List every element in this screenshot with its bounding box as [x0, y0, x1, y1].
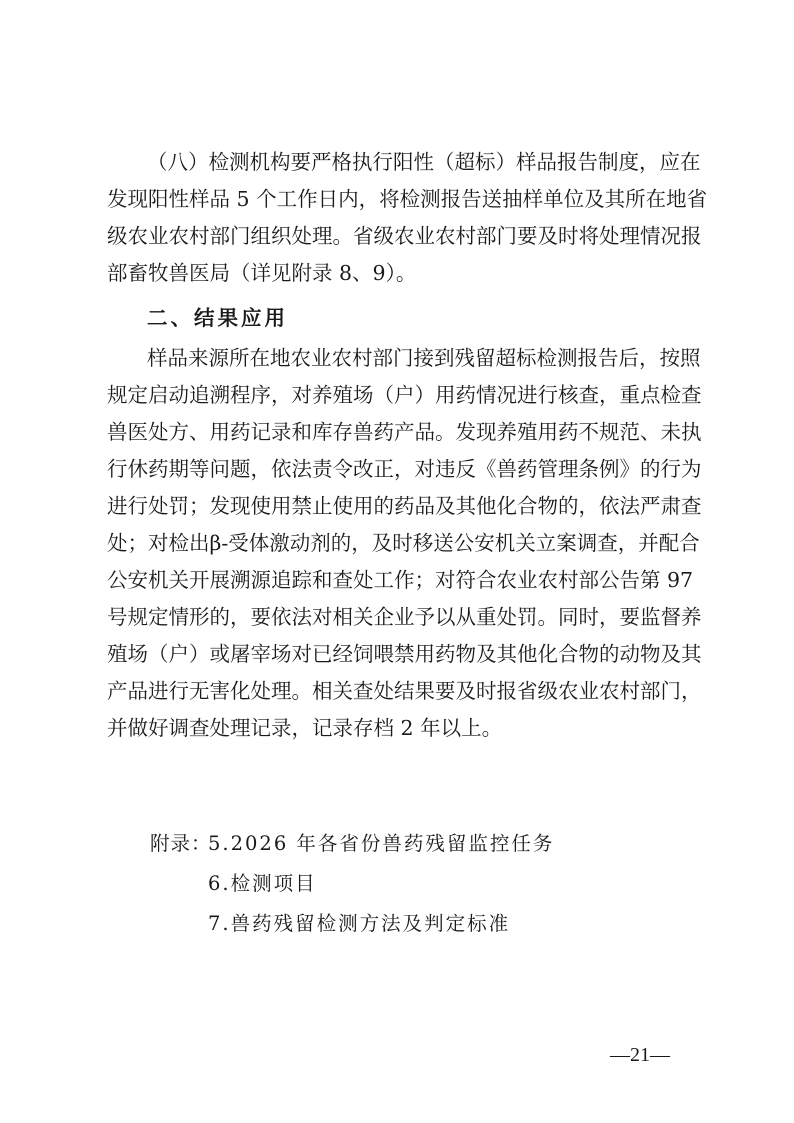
appendix-item-5: 5.2026 年各省份兽药残留监控任务: [208, 831, 554, 857]
section-8-line-1: （八）检测机构要严格执行阳性（超标）样品报告制度，应在: [147, 149, 683, 175]
section-2-line-5: 进行处罚；发现使用禁止使用的药品及其他化合物的，依法严肃查: [107, 493, 683, 519]
document-page: （八）检测机构要严格执行阳性（超标）样品报告制度，应在 发现阳性样品 5 个工作…: [0, 0, 794, 1123]
section-8-line-3: 级农业农村部门组织处理。省级农业农村部门要及时将处理情况报: [107, 223, 683, 249]
section-2-line-1: 样品来源所在地农业农村部门接到残留超标检测报告后，按照: [147, 345, 683, 371]
page-number: —21—: [610, 1043, 670, 1067]
section-8-line-4: 部畜牧兽医局（详见附录 8、9）。: [107, 260, 683, 286]
section-2-line-4: 行休药期等问题，依法责令改正，对违反《兽药管理条例》的行为: [107, 456, 683, 482]
section-2-line-9: 殖场（户）或屠宰场对已经饲喂禁用药物及其他化合物的动物及其: [107, 641, 683, 667]
appendix-label: 附录：: [150, 831, 212, 857]
appendix-item-7: 7.兽药残留检测方法及判定标准: [208, 911, 510, 937]
section-2-line-3: 兽医处方、用药记录和库存兽药产品。发现养殖用药不规范、未执: [107, 419, 683, 445]
section-2-line-2: 规定启动追溯程序，对养殖场（户）用药情况进行核查，重点检查: [107, 382, 683, 408]
section-2-line-7: 公安机关开展溯源追踪和查处工作；对符合农业农村部公告第 97: [107, 567, 683, 593]
appendix-item-6: 6.检测项目: [208, 871, 317, 897]
section-8-line-2: 发现阳性样品 5 个工作日内，将检测报告送抽样单位及其所在地省: [107, 186, 683, 212]
section-2-line-8: 号规定情形的，要依法对相关企业予以从重处罚。同时，要监督养: [107, 604, 683, 630]
section-2-line-11: 并做好调查处理记录，记录存档 2 年以上。: [107, 715, 683, 741]
section-heading: 二、结果应用: [147, 305, 288, 331]
section-2-line-10: 产品进行无害化处理。相关查处结果要及时报省级农业农村部门，: [107, 678, 683, 704]
section-2-line-6: 处；对检出β-受体激动剂的，及时移送公安机关立案调查，并配合: [107, 530, 683, 556]
